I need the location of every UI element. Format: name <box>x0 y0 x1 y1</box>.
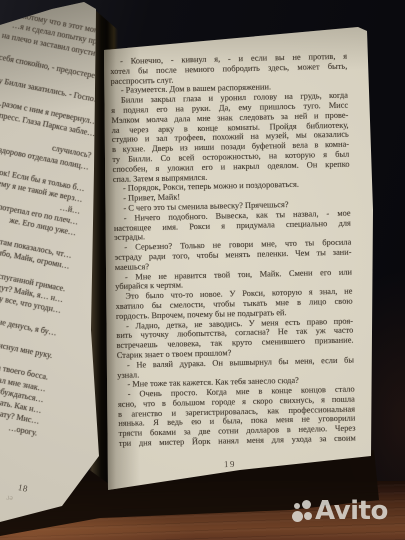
avito-watermark-text: Avito <box>315 498 388 524</box>
open-book-photo: - Конечно, - кивнул я, - и если вы не пр… <box>0 0 405 540</box>
right-page-text: - Конечно, - кивнул я, - и если вы не пр… <box>110 52 356 449</box>
avito-watermark: Avito <box>291 489 405 533</box>
pencil-mark: ег <box>5 494 13 504</box>
left-page-number: 18 <box>17 482 29 494</box>
avito-logo-icon <box>291 498 315 524</box>
right-page-number: 19 <box>224 459 236 469</box>
